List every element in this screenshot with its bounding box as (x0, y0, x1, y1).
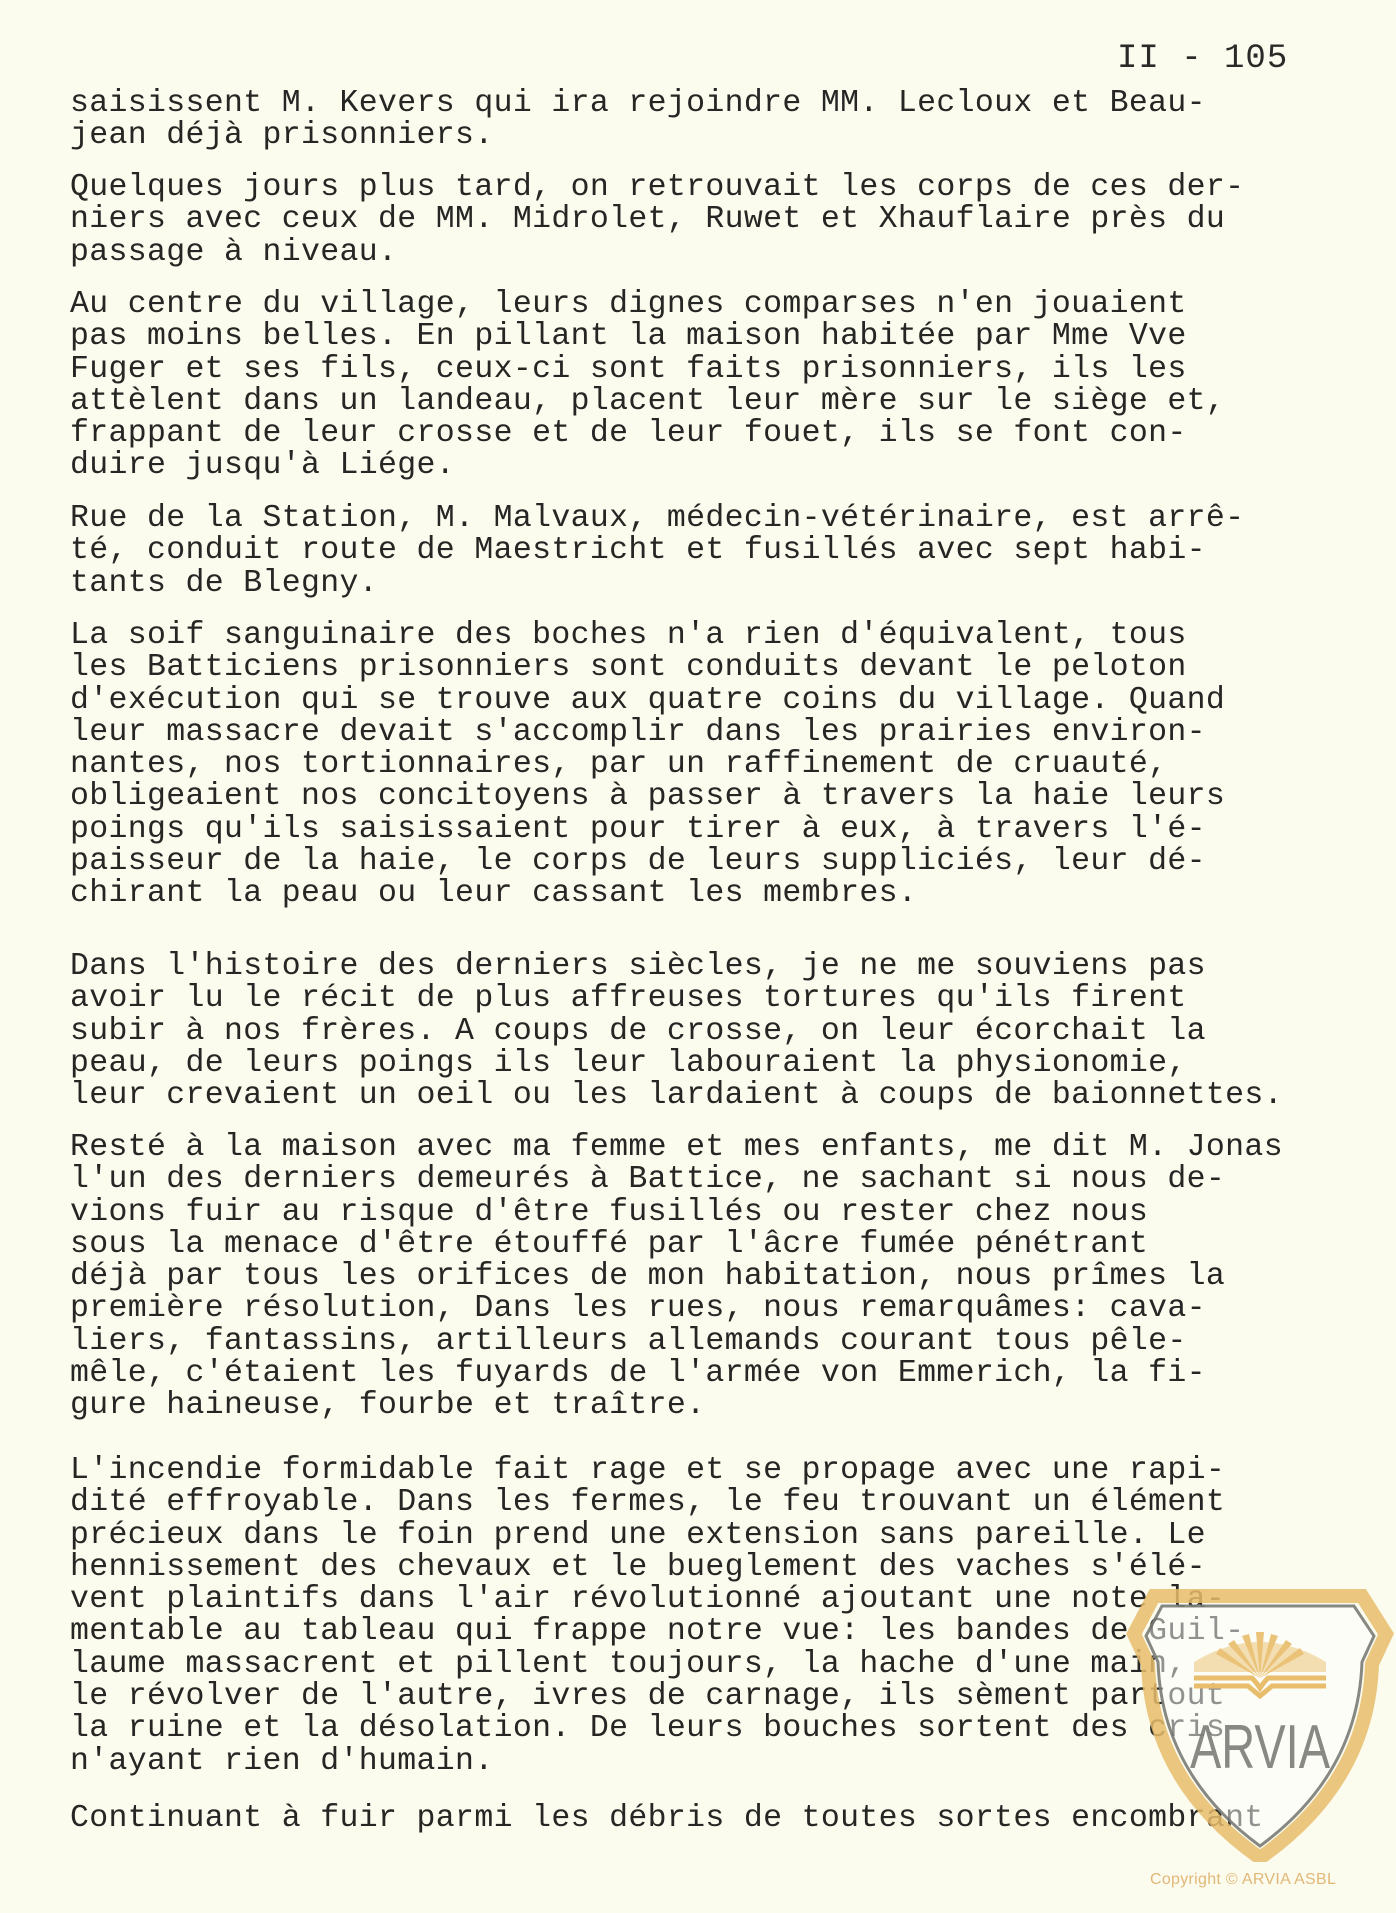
paragraph-7: Resté à la maison avec ma femme et mes e… (70, 1132, 1360, 1423)
arvia-shield-watermark: ARVIA (1124, 1582, 1396, 1862)
watermark-text: ARVIA (1190, 1713, 1330, 1782)
copyright-notice: Copyright © ARVIA ASBL (1150, 1871, 1336, 1889)
paragraph-1: saisissent M. Kevers qui ira rejoindre M… (70, 88, 1360, 153)
paragraph-6: Dans l'histoire des derniers siècles, je… (70, 951, 1360, 1112)
paragraph-2: Quelques jours plus tard, on retrouvait … (70, 172, 1360, 269)
shield-logo-icon: ARVIA (1124, 1582, 1396, 1862)
paragraph-3: Au centre du village, leurs dignes compa… (70, 289, 1360, 483)
paragraph-5: La soif sanguinaire des boches n'a rien … (70, 620, 1360, 911)
paragraph-4: Rue de la Station, M. Malvaux, médecin-v… (70, 503, 1360, 600)
document-page: II - 105 saisissent M. Kevers qui ira re… (0, 0, 1396, 1913)
page-number: II - 105 (1117, 40, 1288, 78)
